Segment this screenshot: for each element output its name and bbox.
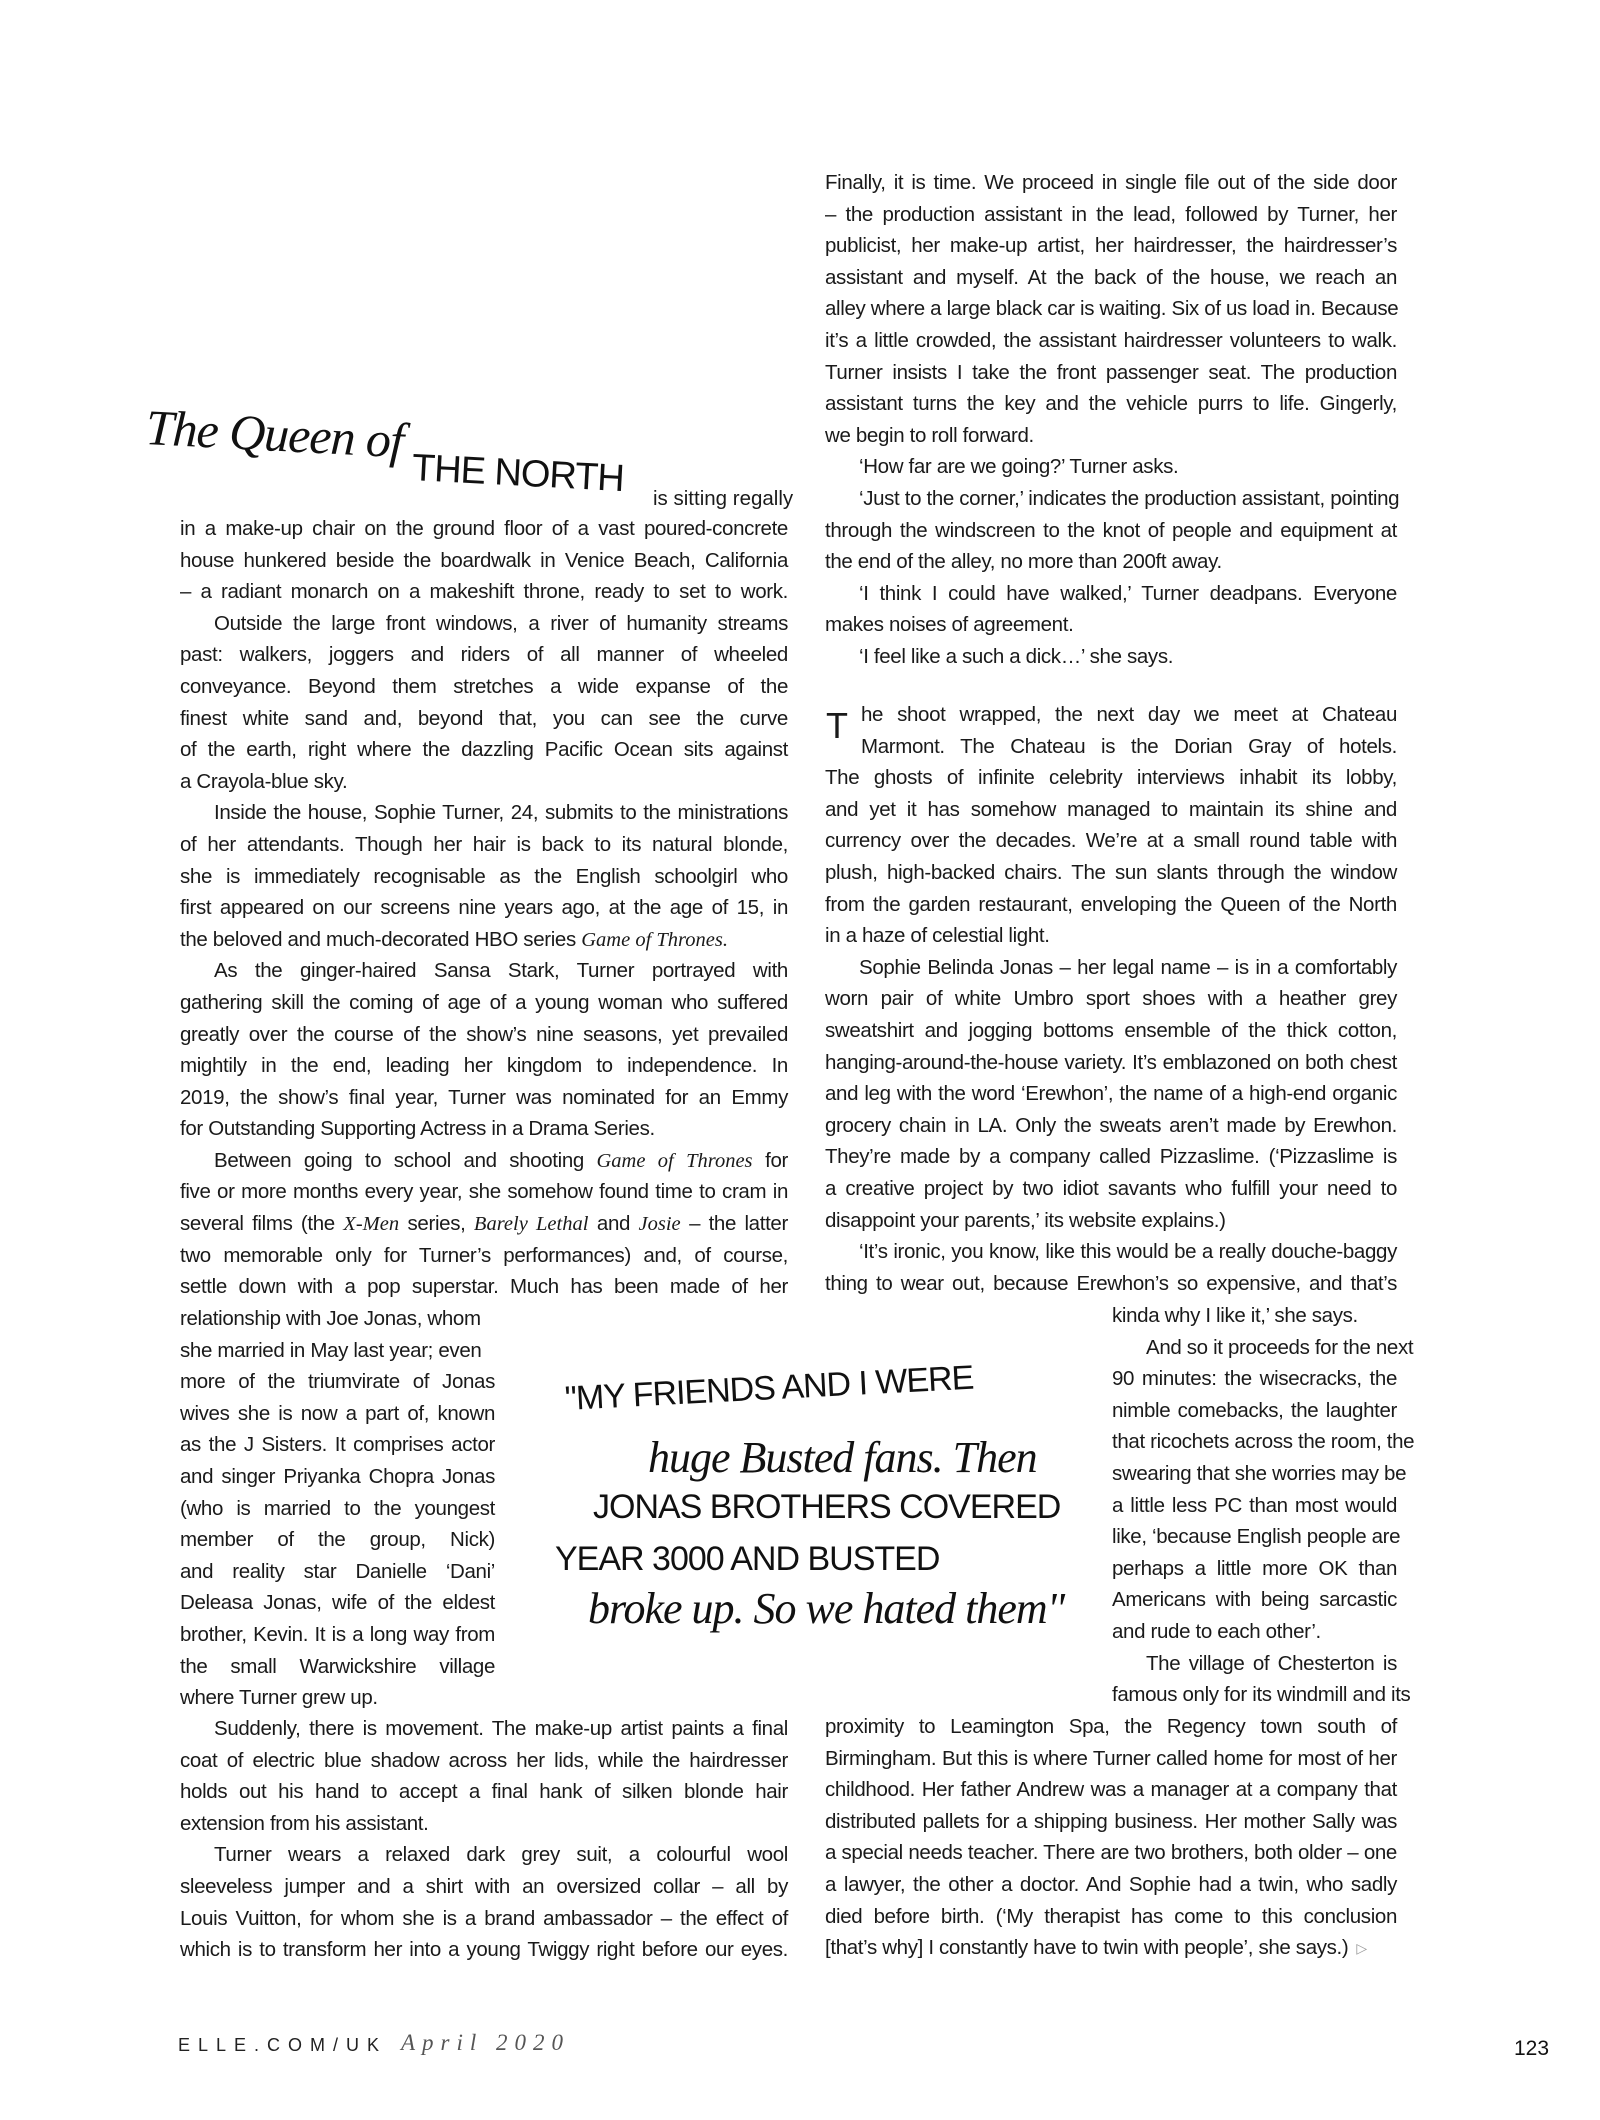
text-line: ‘I think I could have walked,’ Turner de… [825, 578, 1397, 610]
text-line: like, ‘because English people are [1112, 1521, 1397, 1553]
text-line: it’s a little crowded, the assistant hai… [825, 325, 1397, 357]
left-column: in a make-up chair on the ground floor o… [180, 513, 788, 1303]
text-line: assistant and myself. At the back of the… [825, 262, 1397, 294]
title-josie: Josie [639, 1213, 681, 1235]
text-line: and rude to each other’. [1112, 1616, 1397, 1648]
text-line: and leg with the word ‘Erewhon’, the nam… [825, 1078, 1397, 1110]
text-line: wives she is now a part of, known [180, 1398, 495, 1430]
right-column-bottom: proximity to Leamington Spa, the Regency… [825, 1711, 1397, 1964]
text-line: greatly over the course of the show’s ni… [180, 1019, 788, 1051]
left-column-narrow: relationship with Joe Jonas, whom she ma… [180, 1303, 495, 1714]
text-line: plush, high-backed chairs. The sun slant… [825, 857, 1397, 889]
text-line: famous only for its windmill and its [1112, 1679, 1397, 1711]
headline-tail: is sitting regally [653, 487, 793, 511]
text-line: They’re made by a company called Pizzasl… [825, 1141, 1397, 1173]
text-line: brother, Kevin. It is a long way from [180, 1619, 495, 1651]
text-line: finest white sand and, beyond that, you … [180, 703, 788, 735]
text-line: assistant turns the key and the vehicle … [825, 388, 1397, 420]
text-line: Birmingham. But this is where Turner cal… [825, 1743, 1397, 1775]
text-line: she is immediately recognisable as the E… [180, 861, 788, 893]
text-line: ‘Just to the corner,’ indicates the prod… [825, 483, 1397, 515]
text-line: publicist, her make-up artist, her haird… [825, 230, 1397, 262]
text-line: – a radiant monarch on a makeshift thron… [180, 576, 788, 608]
text-line: in a haze of celestial light. [825, 920, 1397, 952]
text-line: a creative project by two idiot savants … [825, 1173, 1397, 1205]
text-line: [that’s why] I constantly have to twin w… [825, 1932, 1397, 1964]
text-line: that ricochets across the room, the [1112, 1426, 1397, 1458]
text-line: worn pair of white Umbro sport shoes wit… [825, 983, 1397, 1015]
text-line: proximity to Leamington Spa, the Regency… [825, 1711, 1397, 1743]
text-fragment: several films (the [180, 1212, 335, 1235]
text-line: – the production assistant in the lead, … [825, 199, 1397, 231]
text-line: five or more months every year, she some… [180, 1176, 788, 1208]
text-line: ‘I feel like a such a dick…’ she says. [825, 641, 1397, 673]
text-line: childhood. Her father Andrew was a manag… [825, 1774, 1397, 1806]
text-line: past: walkers, joggers and riders of all… [180, 639, 788, 671]
text-line: thing to wear out, because Erewhon’s so … [825, 1268, 1397, 1300]
text-line: ‘It’s ironic, you know, like this would … [825, 1236, 1397, 1268]
text-line: holds out his hand to accept a final han… [180, 1776, 788, 1808]
text-line: the end of the alley, no more than 200ft… [825, 546, 1397, 578]
text-line: 90 minutes: the wisecracks, the [1112, 1363, 1397, 1395]
text-line: member of the group, Nick) [180, 1524, 495, 1556]
text-fragment: series, [408, 1212, 466, 1235]
text-line: as the J Sisters. It comprises actor [180, 1429, 495, 1461]
text-line: The ghosts of infinite celebrity intervi… [825, 762, 1397, 794]
right-column-section-2: he shoot wrapped, the next day we meet a… [825, 699, 1397, 1299]
text-line: house hunkered beside the boardwalk in V… [180, 545, 788, 577]
text-line: he shoot wrapped, the next day we meet a… [825, 699, 1397, 731]
text-line: and singer Priyanka Chopra Jonas [180, 1461, 495, 1493]
text-line: Deleasa Jonas, wife of the eldest [180, 1587, 495, 1619]
text-fragment: [that’s why] I constantly have to twin w… [825, 1936, 1348, 1959]
footer-site: ELLE.COM/UK [178, 2035, 387, 2056]
text-fragment: for [765, 1149, 788, 1172]
text-line: Outside the large front windows, a river… [180, 608, 788, 640]
text-line: Louis Vuitton, for whom she is a brand a… [180, 1903, 788, 1935]
text-line: of the earth, right where the dazzling P… [180, 734, 788, 766]
text-line: Suddenly, there is movement. The make-up… [180, 1713, 788, 1745]
text-line: hanging-around-the-house variety. It’s e… [825, 1047, 1397, 1079]
text-line: she married in May last year; even [180, 1335, 495, 1367]
text-line: Turner wears a relaxed dark grey suit, a… [180, 1839, 788, 1871]
text-line: a special needs teacher. There are two b… [825, 1837, 1397, 1869]
pull-quote-line: "MY FRIENDS AND I WERE [564, 1359, 974, 1419]
text-line: and reality star Danielle ‘Dani’ [180, 1556, 495, 1588]
text-line: Sophie Belinda Jonas – her legal name – … [825, 952, 1397, 984]
text-line: two memorable only for Turner’s performa… [180, 1240, 788, 1272]
text-line: Finally, it is time. We proceed in singl… [825, 167, 1397, 199]
text-line: perhaps a little more OK than [1112, 1553, 1397, 1585]
text-line: Americans with being sarcastic [1112, 1584, 1397, 1616]
text-line: (who is married to the youngest [180, 1493, 495, 1525]
pull-quote-line: JONAS BROTHERS COVERED [593, 1488, 1060, 1527]
text-line: sweatshirt and jogging bottoms ensemble … [825, 1015, 1397, 1047]
headline-caps: THE NORTH [411, 447, 625, 501]
text-line: from the garden restaurant, enveloping t… [825, 889, 1397, 921]
pull-quote-line: YEAR 3000 AND BUSTED [555, 1540, 939, 1579]
text-line: the small Warwickshire village [180, 1651, 495, 1683]
text-line: a Crayola-blue sky. [180, 766, 788, 798]
pull-quote-line: broke up. So we hated them" [588, 1583, 1064, 1634]
headline-script: The Queen of [144, 398, 404, 469]
text-line: Marmont. The Chateau is the Dorian Gray … [825, 731, 1397, 763]
text-line: in a make-up chair on the ground floor o… [180, 513, 788, 545]
text-line: Turner insists I take the front passenge… [825, 357, 1397, 389]
text-fragment: and [597, 1212, 630, 1235]
text-line: a little less PC than most would [1112, 1490, 1397, 1522]
text-line: we begin to roll forward. [825, 420, 1397, 452]
text-line: more of the triumvirate of Jonas [180, 1366, 495, 1398]
text-line: The village of Chesterton is [1112, 1648, 1397, 1680]
text-line: the beloved and much-decorated HBO serie… [180, 924, 788, 956]
text-line: where Turner grew up. [180, 1682, 495, 1714]
text-line: relationship with Joe Jonas, whom [180, 1303, 495, 1335]
title-game-of-thrones: Game of Thrones [597, 1150, 753, 1172]
text-line: gathering skill the coming of age of a y… [180, 987, 788, 1019]
text-line: conveyance. Beyond them stretches a wide… [180, 671, 788, 703]
text-line: currency over the decades. We’re at a sm… [825, 825, 1397, 857]
text-line: As the ginger-haired Sansa Stark, Turner… [180, 955, 788, 987]
text-line: ‘How far are we going?’ Turner asks. [825, 451, 1397, 483]
text-fragment: – the latter [689, 1212, 788, 1235]
text-line: distributed pallets for a shipping busin… [825, 1806, 1397, 1838]
text-line: for Outstanding Supporting Actress in a … [180, 1113, 788, 1145]
text-line: alley where a large black car is waiting… [825, 293, 1397, 325]
text-line: Between going to school and shooting Gam… [180, 1145, 788, 1177]
text-fragment: the beloved and much-decorated HBO serie… [180, 928, 576, 951]
text-line: extension from his assistant. [180, 1808, 788, 1840]
text-line: Inside the house, Sophie Turner, 24, sub… [180, 797, 788, 829]
text-line: sleeveless jumper and a shirt with an ov… [180, 1871, 788, 1903]
text-line: first appeared on our screens nine years… [180, 892, 788, 924]
right-column: Finally, it is time. We proceed in singl… [825, 167, 1397, 673]
text-line: grocery chain in LA. Only the sweats are… [825, 1110, 1397, 1142]
text-line: 2019, the show’s final year, Turner was … [180, 1082, 788, 1114]
left-column-bottom: Suddenly, there is movement. The make-up… [180, 1713, 788, 1966]
title-game-of-thrones: Game of Thrones. [581, 929, 728, 951]
text-line: swearing that she worries may be [1112, 1458, 1397, 1490]
footer-issue-date: April 2020 [401, 2030, 570, 2056]
continue-arrow-icon: ▷ [1356, 1933, 1366, 1965]
text-line: And so it proceeds for the next [1112, 1332, 1397, 1364]
text-line: which is to transform her into a young T… [180, 1934, 788, 1966]
text-line: through the windscreen to the knot of pe… [825, 515, 1397, 547]
text-line: disappoint your parents,’ its website ex… [825, 1205, 1397, 1237]
text-line: of her attendants. Though her hair is ba… [180, 829, 788, 861]
text-line: coat of electric blue shadow across her … [180, 1745, 788, 1777]
text-line: and yet it has somehow managed to mainta… [825, 794, 1397, 826]
text-line: kinda why I like it,’ she says. [1112, 1300, 1397, 1332]
title-x-men: X-Men [343, 1213, 399, 1235]
title-barely-lethal: Barely Lethal [474, 1213, 589, 1235]
text-line: mightily in the end, leading her kingdom… [180, 1050, 788, 1082]
text-fragment: Between going to school and shooting [214, 1149, 584, 1172]
text-line: makes noises of agreement. [825, 609, 1397, 641]
right-column-narrow: kinda why I like it,’ she says. And so i… [1112, 1300, 1397, 1711]
text-line: nimble comebacks, the laughter [1112, 1395, 1397, 1427]
text-line: several films (the X-Men series, Barely … [180, 1208, 788, 1240]
page-number: 123 [1514, 2037, 1549, 2061]
pull-quote-line: huge Busted fans. Then [648, 1432, 1037, 1483]
text-line: a lawyer, the other a doctor. And Sophie… [825, 1869, 1397, 1901]
text-line: settle down with a pop superstar. Much h… [180, 1271, 788, 1303]
text-line: died before birth. (‘My therapist has co… [825, 1901, 1397, 1933]
